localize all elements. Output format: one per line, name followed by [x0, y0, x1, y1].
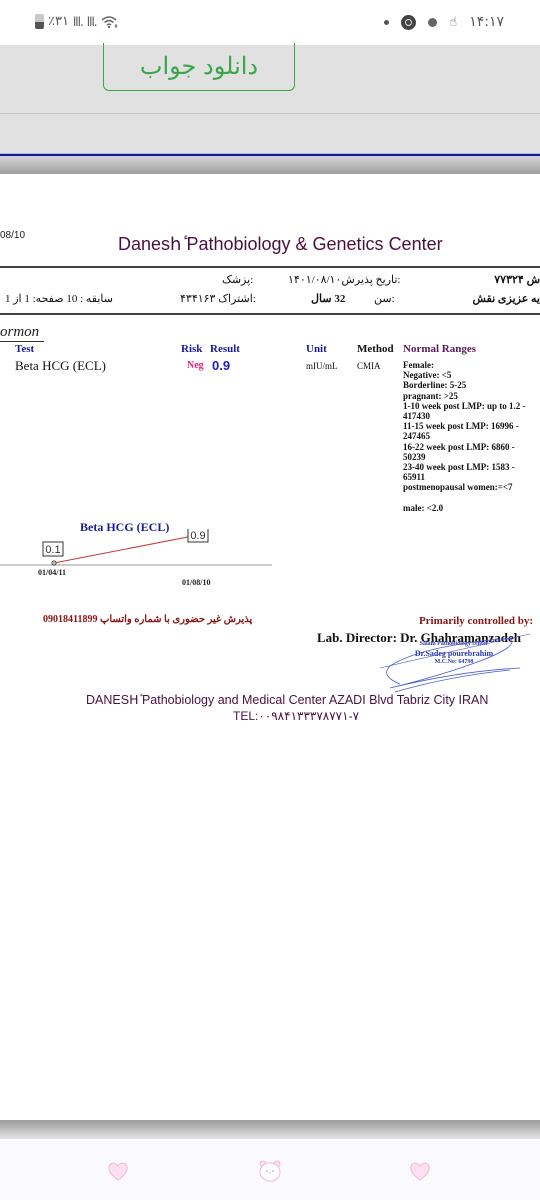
header-rule-top — [0, 266, 540, 268]
normal-range-line: 65911 — [403, 472, 540, 482]
normal-range-line: Negative: <5 — [403, 370, 540, 380]
divider — [0, 113, 540, 114]
age-label: :سن — [374, 292, 395, 305]
result-value: 0.9 — [212, 358, 230, 373]
clock: ۱۴:۱۷ — [469, 14, 504, 30]
normal-range-line: 11-15 week post LMP: 16996 - — [403, 421, 540, 431]
chart-x-label: 01/08/10 — [182, 578, 210, 587]
normal-range-line: 16-22 week post LMP: 6860 - — [403, 442, 540, 452]
subscription-number: :اشتراک ۴۳۴۱۶۳ — [180, 292, 256, 305]
age-value: 32 سال — [311, 292, 345, 305]
admission-date: :تاریخ پذیرش۱۴۰۱/۰۸/۱۰ — [288, 273, 400, 286]
normal-range-line: 1-10 week post LMP: up to 1.2 - — [403, 401, 540, 411]
normal-range-line: Borderline: 5-25 — [403, 380, 540, 390]
chrome-icon — [401, 15, 416, 30]
normal-range-line: Female: — [403, 360, 540, 370]
normal-ranges-list: Female:Negative: <5Borderline: 5-25pragn… — [403, 360, 540, 513]
bear-icon[interactable] — [258, 1159, 282, 1183]
heart-icon[interactable] — [408, 1159, 432, 1183]
normal-range-line: 23-40 week post LMP: 1583 - — [403, 462, 540, 472]
heart-icon[interactable] — [106, 1159, 130, 1183]
doctor-label: :پزشک — [222, 273, 253, 286]
col-result: Result — [210, 343, 240, 355]
section-title: ormon — [0, 324, 39, 341]
status-right: ☝ ۱۴:۱۷ — [384, 14, 504, 30]
trend-chart: 0.10.9 — [0, 529, 280, 589]
section-underline — [0, 341, 44, 342]
whatsapp-note: پذیرش غیر حضوری با شماره واتساپ 09018411… — [43, 614, 252, 625]
risk-badge: Neg — [187, 360, 204, 371]
print-date: 08/10 — [0, 230, 25, 241]
patient-name: یه عزیزی نقش — [473, 292, 540, 305]
normal-range-line — [403, 493, 540, 503]
viewer-shadow-top — [0, 157, 540, 174]
download-result-button[interactable]: دانلود جواب — [103, 43, 295, 91]
header-rule-bottom — [0, 313, 540, 315]
col-risk: Risk — [181, 343, 202, 355]
svg-text:0.1: 0.1 — [45, 544, 60, 556]
signal-icon: lll. — [73, 15, 83, 29]
status-left: ٪۳۱ lll. lll. — [35, 14, 119, 29]
navigation-bar — [0, 1139, 540, 1200]
status-bar: ٪۳۱ lll. lll. ☝ ۱۴:۱۷ — [0, 0, 540, 45]
normal-range-line: 417430 — [403, 411, 540, 421]
chart-x-label: 01/04/11 — [38, 568, 66, 577]
col-normal-ranges: Normal Ranges — [403, 343, 476, 355]
app-header: دانلود جواب — [0, 45, 540, 157]
col-test: Test — [15, 343, 34, 355]
history-page: سابقه : 10 صفحه: 1 از 1 — [5, 292, 113, 305]
normal-range-line: pragnant: >25 — [403, 391, 540, 401]
unit-value: mIU/mL — [306, 361, 338, 371]
svg-text:0.9: 0.9 — [190, 530, 205, 542]
report-title: Daneshٔ Pathobiology & Genetics Center — [118, 234, 443, 255]
col-method: Method — [357, 343, 394, 355]
verified-icon — [428, 18, 437, 27]
signal-icon-2: lll. — [87, 15, 97, 29]
viewer-shadow-bottom — [0, 1120, 540, 1139]
lab-report-document[interactable]: 08/10 Daneshٔ Pathobiology & Genetics Ce… — [0, 174, 540, 1120]
notification-dot-icon — [384, 20, 389, 25]
col-unit: Unit — [306, 343, 327, 355]
footer-address: DANESHٔ Pathobiology and Medical Center … — [86, 692, 488, 707]
normal-range-line: 50239 — [403, 452, 540, 462]
patient-id: ش ۷۷۳۲۴ — [494, 273, 540, 286]
wifi-icon — [101, 15, 119, 29]
touch-icon: ☝ — [449, 15, 457, 30]
signature — [360, 626, 540, 696]
footer-tel: TEL:۰۰۹۸۴۱۳۳۳۷۸۷۷۱-۷ — [233, 709, 359, 723]
battery-icon — [35, 14, 44, 29]
battery-percent: ٪۳۱ — [48, 14, 69, 29]
normal-range-line: postmenopausal women:=<7 — [403, 482, 540, 492]
normal-range-line: male: <2.0 — [403, 503, 540, 513]
test-name: Beta HCG (ECL) — [15, 358, 106, 374]
method-value: CMIA — [357, 361, 381, 371]
normal-range-line: 247465 — [403, 431, 540, 441]
